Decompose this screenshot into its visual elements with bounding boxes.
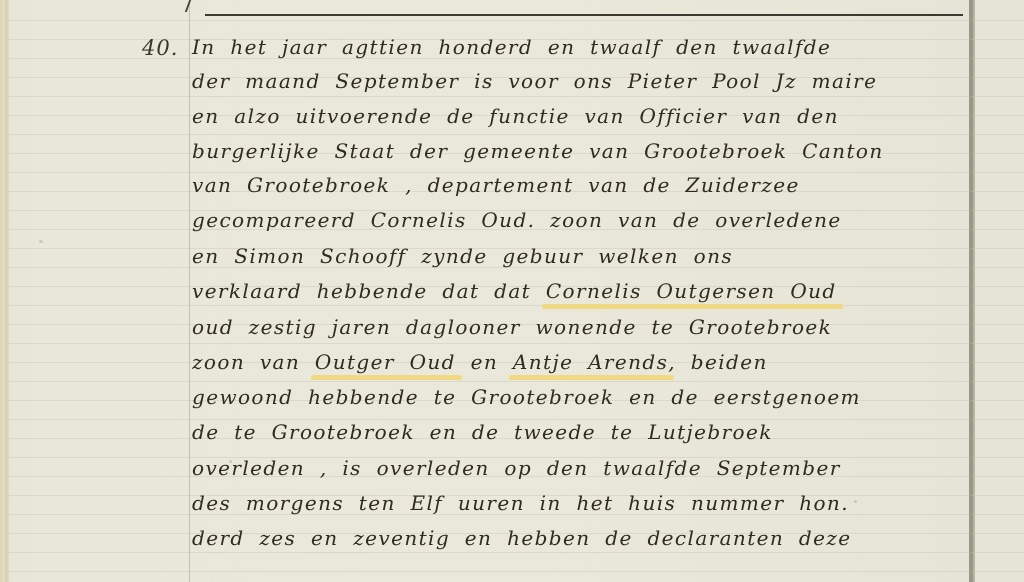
text-line: In het jaar agttien honderd en twaalf de… xyxy=(192,34,957,60)
text-segment: verklaard hebbende dat dat xyxy=(192,279,546,303)
highlighted-name: Cornelis Outgersen Oud xyxy=(546,278,837,304)
text-line: gecompareerd Cornelis Oud. zoon van de o… xyxy=(192,207,957,233)
text-segment: derd zes en zeventig en hebben de declar… xyxy=(192,526,852,550)
text-line: oud zestig jaren daglooner wonende te Gr… xyxy=(192,314,957,340)
text-line: en Simon Schooff zynde gebuur welken ons xyxy=(192,243,957,269)
ruled-line xyxy=(9,134,1024,135)
text-line: zoon van Outger Oud en Antje Arends, bei… xyxy=(192,349,957,375)
entry-number: 40. xyxy=(142,36,178,60)
text-line: des morgens ten Elf uuren in het huis nu… xyxy=(192,490,957,516)
text-segment: In het jaar agttien honderd en twaalf de… xyxy=(192,35,831,59)
text-segment: de te Grootebroek en de tweede te Lutjeb… xyxy=(192,420,773,444)
text-segment: en alzo uitvoerende de functie van Offic… xyxy=(192,104,839,128)
text-segment: gecompareerd Cornelis Oud. zoon van de o… xyxy=(192,208,842,232)
text-line: de te Grootebroek en de tweede te Lutjeb… xyxy=(192,419,957,445)
text-line: van Grootebroek , departement van de Zui… xyxy=(192,172,957,198)
text-segment: , beiden xyxy=(668,350,767,374)
highlighted-name: Outger Oud xyxy=(315,349,456,375)
text-segment: overleden , is overleden op den twaalfde… xyxy=(192,456,841,480)
ruled-line xyxy=(9,305,1024,306)
text-segment: zoon van xyxy=(192,350,315,374)
paper-spot xyxy=(39,240,43,243)
highlighted-name: Antje Arends xyxy=(513,349,668,375)
ruled-line xyxy=(9,343,1024,344)
text-segment: burgerlijke Staat der gemeente van Groot… xyxy=(192,139,884,163)
ruled-line xyxy=(9,20,1024,21)
text-line: verklaard hebbende dat dat Cornelis Outg… xyxy=(192,278,957,304)
text-segment: gewoond hebbende te Grootebroek en de ee… xyxy=(192,385,861,409)
text-segment: van Grootebroek , departement van de Zui… xyxy=(192,173,800,197)
text-line: gewoond hebbende te Grootebroek en de ee… xyxy=(192,384,957,410)
text-line: overleden , is overleden op den twaalfde… xyxy=(192,455,957,481)
text-segment: oud zestig jaren daglooner wonende te Gr… xyxy=(192,315,832,339)
text-segment: en xyxy=(456,350,513,374)
ruled-line xyxy=(9,571,1024,572)
entry-separator-rule xyxy=(205,14,963,16)
ruled-line xyxy=(9,552,1024,553)
page-edge xyxy=(0,0,9,582)
text-segment: des morgens ten Elf uuren in het huis nu… xyxy=(192,491,849,515)
scanned-document: 40. In het jaar agttien honderd en twaal… xyxy=(0,0,1024,582)
ruled-line xyxy=(9,96,1024,97)
text-segment: en Simon Schooff zynde gebuur welken ons xyxy=(192,244,733,268)
ruled-line xyxy=(9,381,1024,382)
text-line: burgerlijke Staat der gemeente van Groot… xyxy=(192,138,957,164)
text-line: der maand September is voor ons Pieter P… xyxy=(192,68,957,94)
text-segment: der maand September is voor ons Pieter P… xyxy=(192,69,877,93)
text-line: en alzo uitvoerende de functie van Offic… xyxy=(192,103,957,129)
text-line: derd zes en zeventig en hebben de declar… xyxy=(192,525,957,551)
previous-entry-stroke xyxy=(185,0,205,12)
